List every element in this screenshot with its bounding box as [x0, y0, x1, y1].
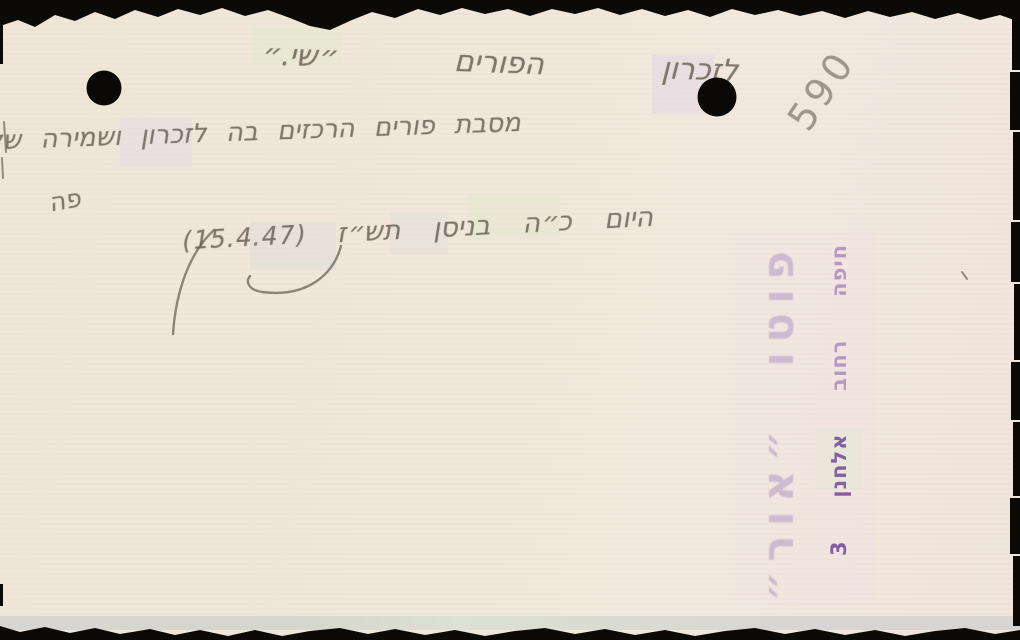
stamp-word: רחוב — [827, 340, 851, 391]
handwriting-word: כ״ה — [522, 206, 576, 240]
handwriting-word: היום — [603, 201, 657, 235]
paper-background — [0, 0, 1020, 640]
photo-edge-gray-band — [0, 616, 1020, 630]
handwriting-fragment: פה — [50, 183, 82, 218]
photographer-stamp-address: חיפה רחוב אלחנן 3 — [818, 244, 860, 556]
handwriting-word: תש״ז — [336, 215, 404, 250]
stamp-word: 3 — [827, 540, 851, 556]
handwriting-word: ״שי.״ — [258, 38, 343, 75]
stamp-word: אלחנן — [827, 433, 851, 497]
stamp-word: פוטו — [753, 242, 804, 367]
stamp-word: ״אור״ — [753, 421, 804, 602]
scanned-photo-back: לזכרון הפורים ״שי.״ מסבת פורים הרכזים בה… — [0, 0, 1020, 640]
stamp-word: חיפה — [827, 244, 851, 297]
handwriting-word: הפורים — [451, 45, 550, 83]
photographer-stamp-name: פוטו ״אור״ — [749, 242, 807, 602]
handwriting-word: לזכרון — [659, 52, 744, 89]
handwriting-word: בניסן — [432, 210, 494, 244]
